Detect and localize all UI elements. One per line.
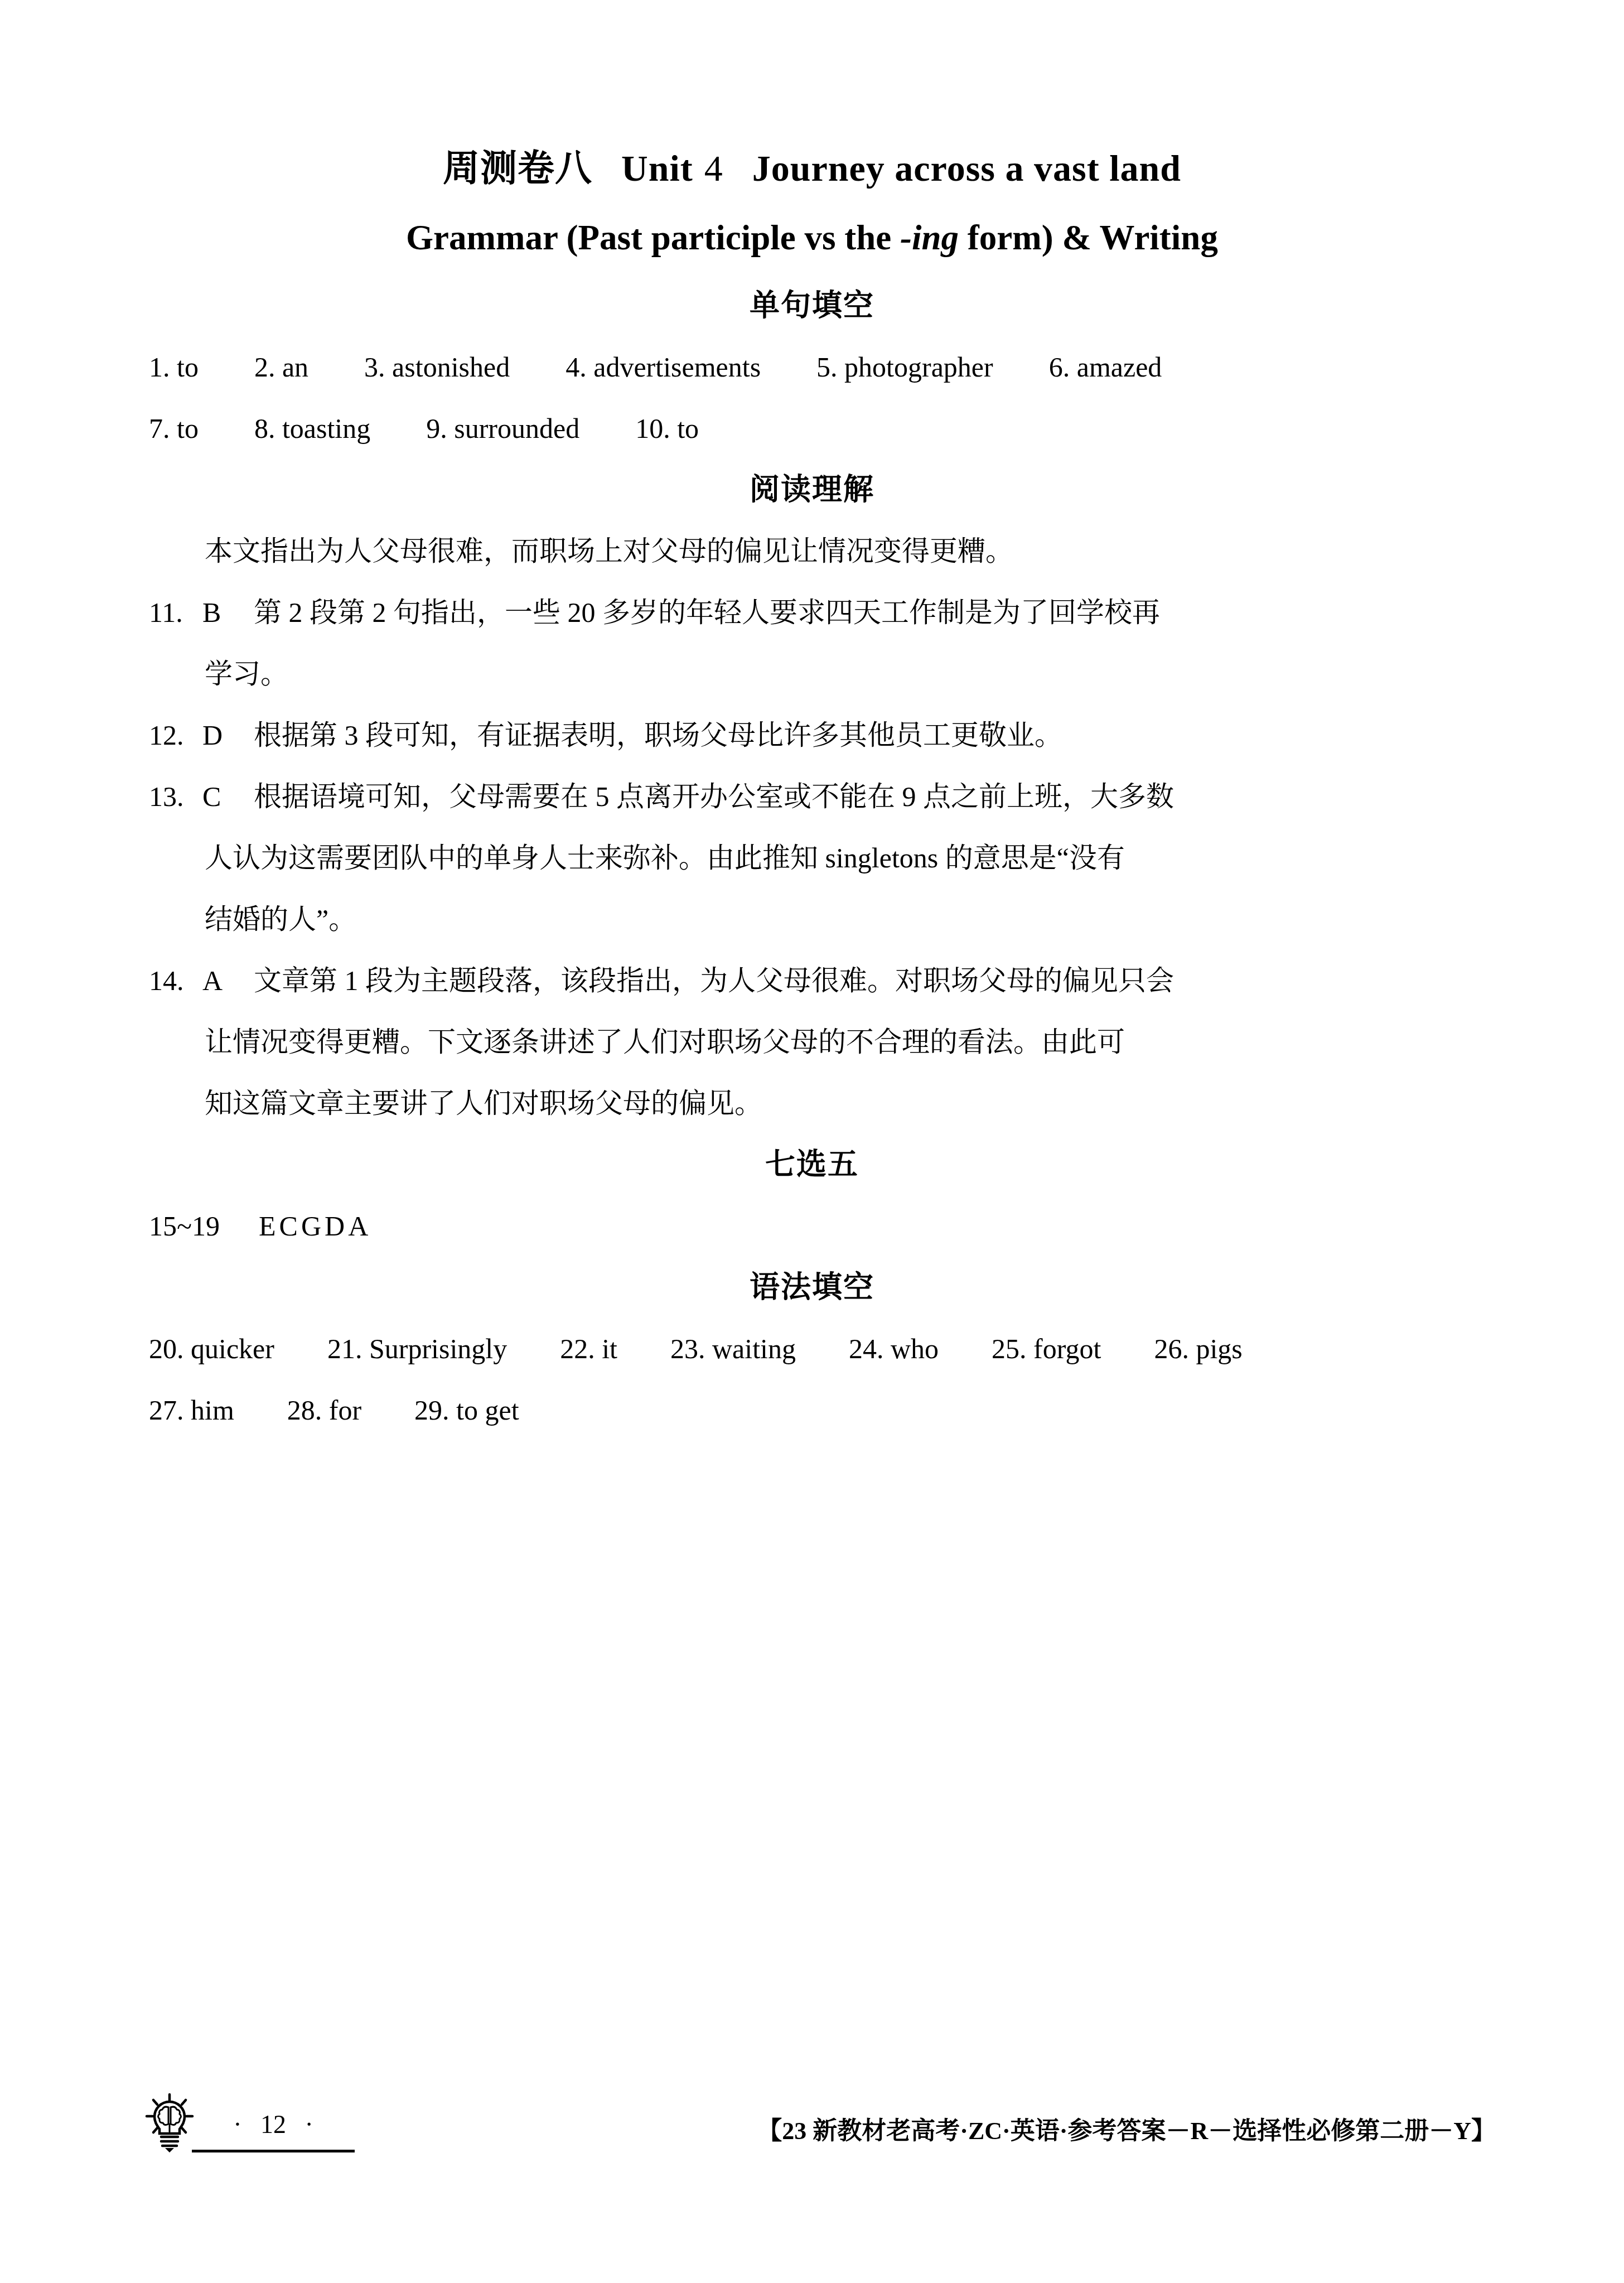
title-unit-label: Unit [621, 148, 693, 189]
title-zh: 周测卷八 [443, 148, 592, 189]
item-answer: A [202, 965, 225, 997]
page-number: · 12 · [192, 2110, 355, 2139]
answer-item: 4. advertisements [565, 351, 761, 384]
section-heading-grammar-fill: 语法填空 [0, 1270, 1624, 1305]
answer-item: 2. an [254, 351, 308, 384]
answer-item: 8. toasting [254, 413, 370, 445]
page-title: 周测卷八Unit4Journey across a vast land [0, 148, 1624, 190]
subtitle-pre: Grammar (Past participle vs the [406, 218, 900, 257]
item-explanation-line: 让情况变得更糟。下文逐条讲述了人们对职场父母的不合理的看法。由此可 [205, 1026, 1125, 1059]
page-subtitle: Grammar (Past participle vs the -ing for… [0, 218, 1624, 258]
item-answer: D [202, 720, 225, 752]
answer-item: 29. to get [414, 1394, 519, 1427]
answer-item: 9. surrounded [426, 413, 579, 445]
lightbulb-brain-icon [144, 2093, 195, 2156]
item-explanation-line: 结婚的人”。 [205, 904, 356, 936]
answer-item: 3. astonished [364, 351, 510, 384]
reading-item-12: 12.D根据第 3 段可知，有证据表明，职场父母比许多其他员工更敬业。 [149, 720, 1062, 752]
item-explanation-line: 第 2 段第 2 句指出，一些 20 多岁的年轻人要求四天工作制是为了回学校再 [254, 597, 1160, 628]
answer-item: 20. quicker [149, 1333, 274, 1365]
section-heading-seven-choose-five: 七选五 [0, 1147, 1624, 1182]
item-number: 12. [149, 720, 194, 752]
answer-item: 23. waiting [670, 1333, 796, 1365]
footer-edition-text: 【23 新教材老高考·ZC·英语·参考答案－R－选择性必修第二册－Y】 [757, 2111, 1496, 2146]
answer-item: 10. to [635, 413, 699, 445]
item-explanation-line: 根据语境可知，父母需要在 5 点离开办公室或不能在 9 点之前上班，大多数 [254, 781, 1174, 812]
answer-row-1: 1. to 2. an 3. astonished 4. advertiseme… [149, 351, 1162, 384]
item-explanation-line: 知这篇文章主要讲了人们对职场父母的偏见。 [205, 1088, 762, 1120]
answer-item: 6. amazed [1049, 351, 1162, 384]
item-answer: B [202, 597, 225, 629]
reading-item-11: 11.B第 2 段第 2 句指出，一些 20 多岁的年轻人要求四天工作制是为了回… [149, 597, 1160, 629]
reading-summary: 本文指出为人父母很难，而职场上对父母的偏见让情况变得更糟。 [205, 535, 1013, 568]
item-answer: C [202, 781, 225, 813]
section-heading-reading-comprehension: 阅读理解 [0, 472, 1624, 507]
title-en: Journey across a vast land [752, 148, 1181, 189]
answer-row-4: 27. him 28. for 29. to get [149, 1394, 519, 1427]
answer-item: 25. forgot [992, 1333, 1101, 1365]
reading-item-13: 13.C根据语境可知，父母需要在 5 点离开办公室或不能在 9 点之前上班，大多… [149, 781, 1174, 813]
answer-item: 24. who [849, 1333, 939, 1365]
cloze-range: 15~19 [149, 1210, 220, 1242]
answer-item: 7. to [149, 413, 199, 445]
answer-key-page: 周测卷八Unit4Journey across a vast land Gram… [0, 0, 1624, 2283]
answer-item: 28. for [287, 1394, 361, 1427]
item-number: 13. [149, 781, 194, 813]
item-explanation-line: 文章第 1 段为主题段落，该段指出，为人父母很难。对职场父母的偏见只会 [254, 965, 1174, 996]
answer-item: 22. it [560, 1333, 617, 1365]
page-number-underline [192, 2150, 355, 2152]
answer-item: 21. Surprisingly [327, 1333, 507, 1365]
section-heading-single-sentence-fill: 单句填空 [0, 288, 1624, 323]
answer-item: 27. him [149, 1394, 234, 1427]
reading-item-14: 14.A文章第 1 段为主题段落，该段指出，为人父母很难。对职场父母的偏见只会 [149, 965, 1174, 997]
subtitle-italic-ing: -ing [900, 218, 959, 257]
answer-item: 26. pigs [1154, 1333, 1242, 1365]
subtitle-post: form) & Writing [959, 218, 1218, 257]
cloze-answer-line: 15~19ECGDA [149, 1210, 371, 1243]
answer-row-2: 7. to 8. toasting 9. surrounded 10. to [149, 413, 699, 445]
answer-item: 1. to [149, 351, 199, 384]
item-explanation-line: 根据第 3 段可知，有证据表明，职场父母比许多其他员工更敬业。 [254, 720, 1062, 751]
answer-item: 5. photographer [816, 351, 993, 384]
title-unit-number: 4 [704, 148, 723, 189]
cloze-letters: ECGDA [259, 1210, 371, 1242]
item-explanation-line: 人认为这需要团队中的单身人士来弥补。由此推知 singletons 的意思是“没… [205, 842, 1125, 875]
item-explanation-line: 学习。 [205, 658, 288, 691]
item-number: 11. [149, 597, 194, 629]
item-number: 14. [149, 965, 194, 997]
answer-row-3: 20. quicker 21. Surprisingly 22. it 23. … [149, 1333, 1243, 1365]
